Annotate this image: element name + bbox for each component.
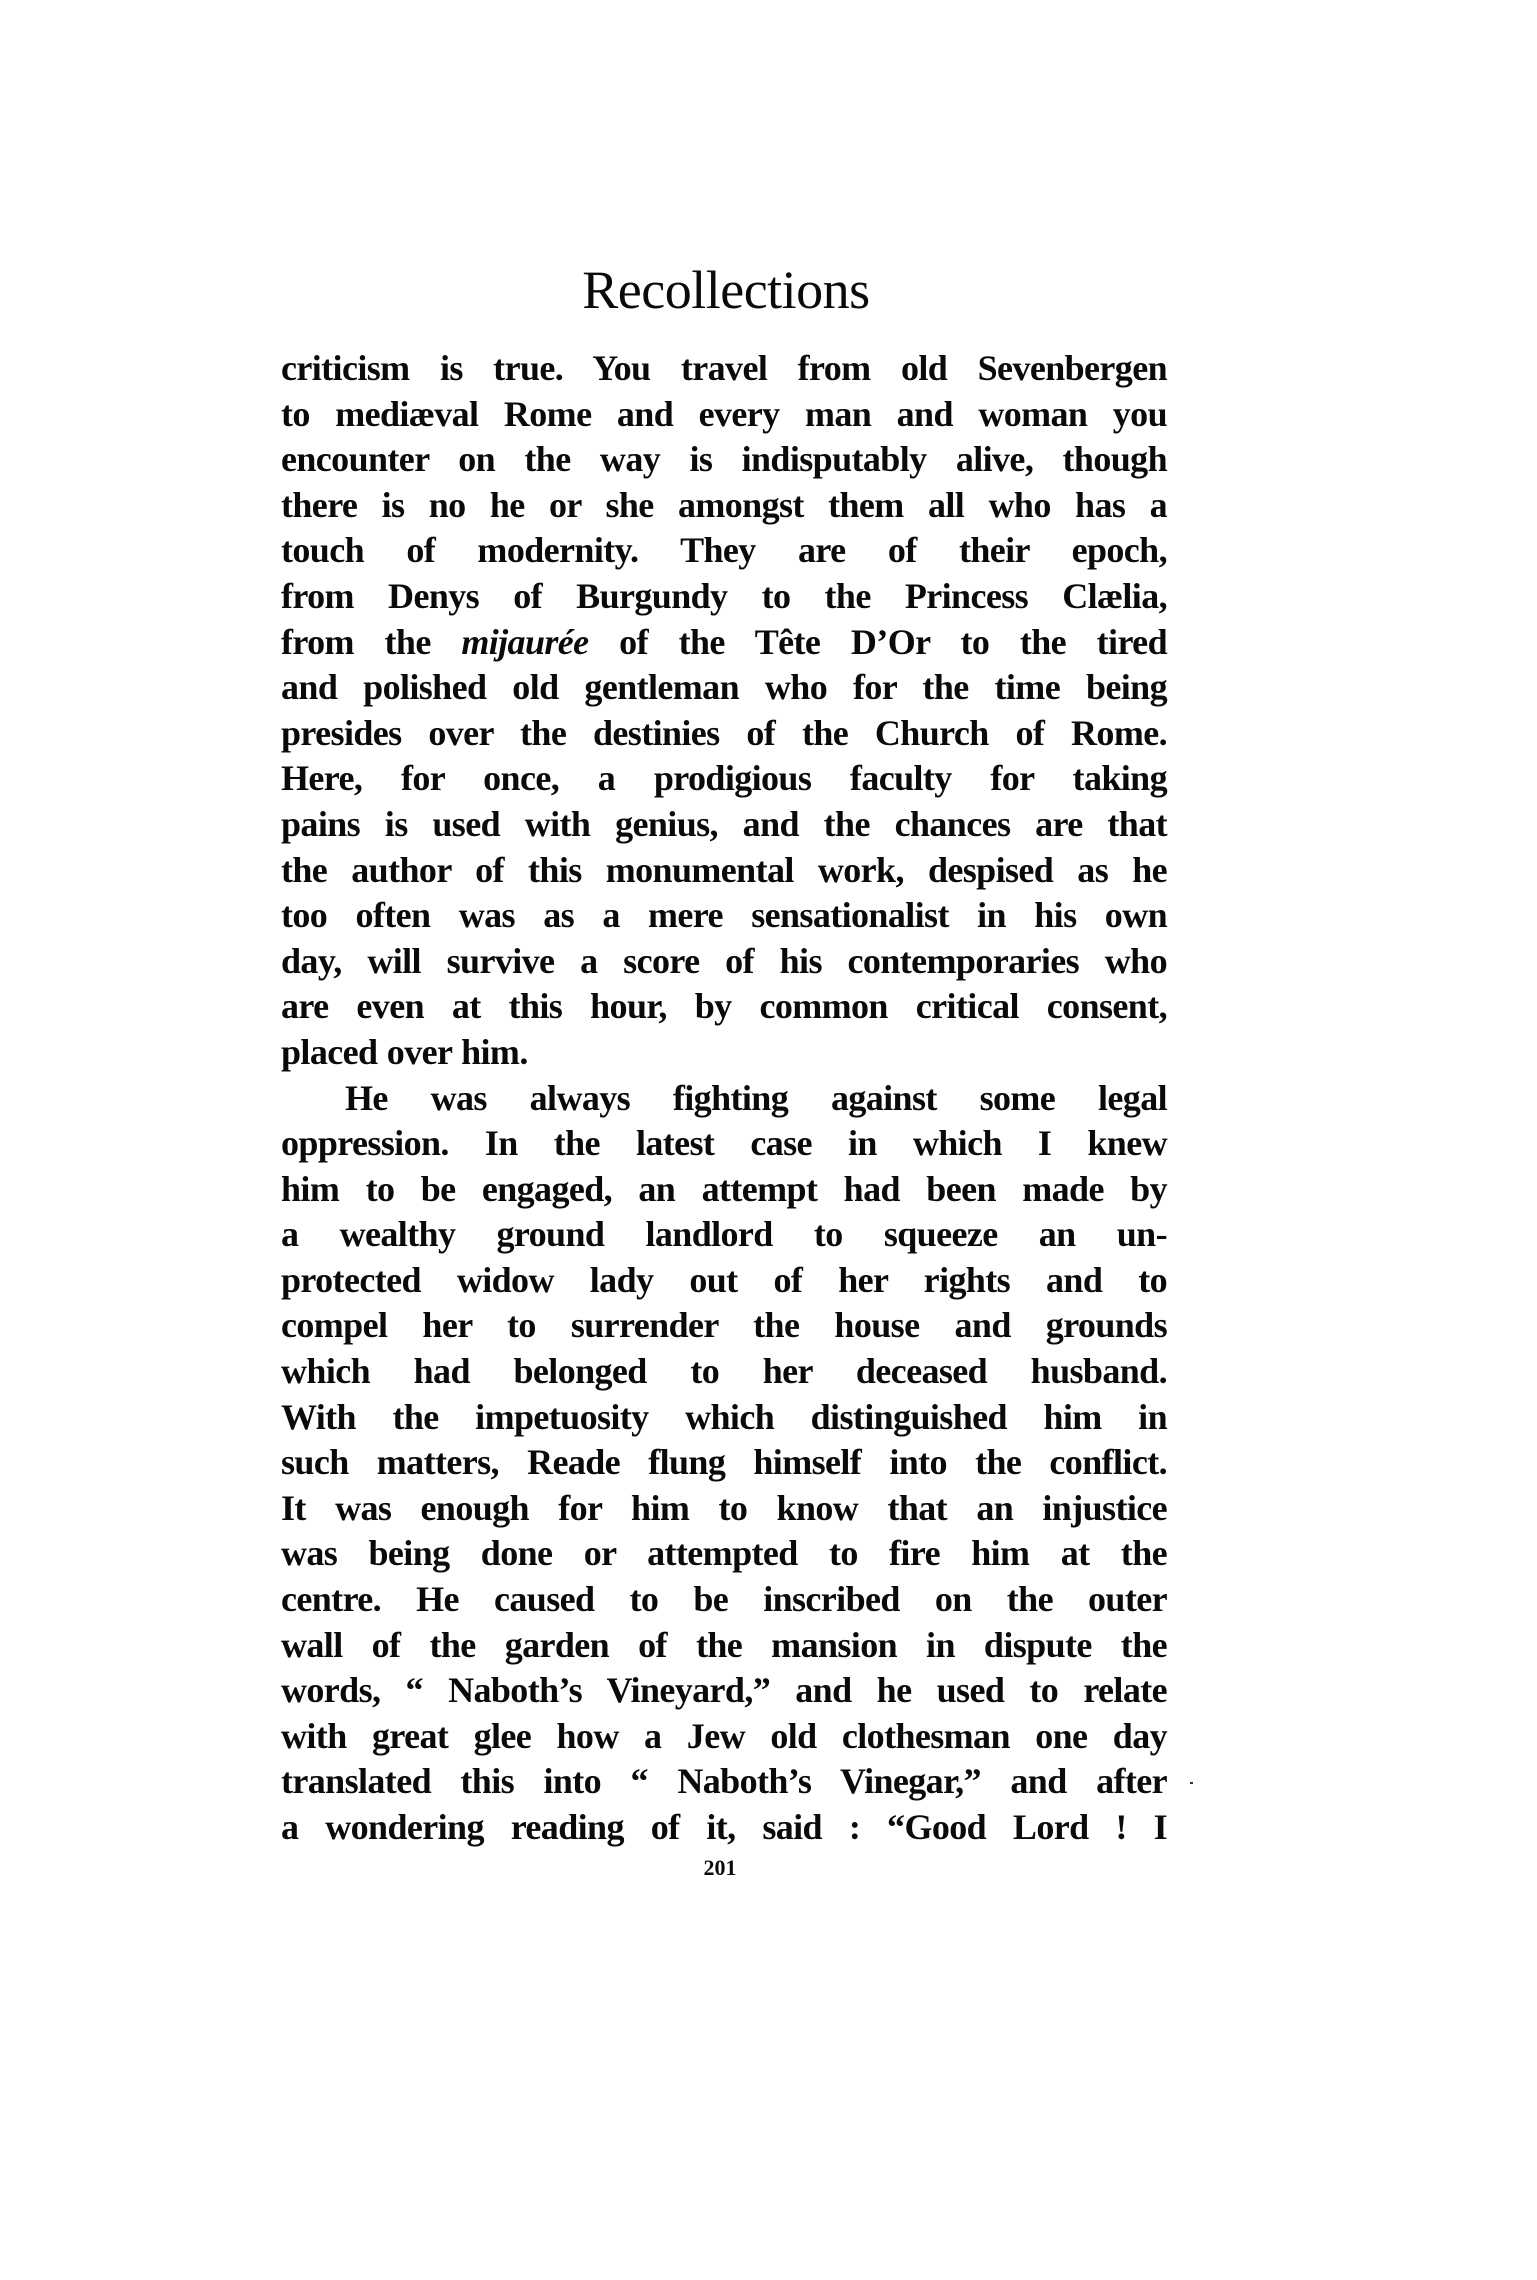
text-line-with-italic: from the mijaurée of the Tête D’Or to th… [281, 620, 1167, 666]
page-number: 201 [0, 1857, 1440, 1879]
text-line: a wondering reading of it, said : “Good … [281, 1805, 1167, 1851]
paragraph-1: criticism is true. You travel from old S… [281, 346, 1167, 1076]
text-line: wall of the garden of the mansion in dis… [281, 1623, 1167, 1669]
book-page: Recollections criticism is true. You tra… [0, 0, 1537, 2280]
text-segment: of the Tête D’Or to the tired [589, 622, 1167, 662]
text-line: the author of this monumental work, desp… [281, 848, 1167, 894]
text-line: are even at this hour, by common critica… [281, 984, 1167, 1030]
text-line: with great glee how a Jew old clothesman… [281, 1714, 1167, 1760]
text-line: encounter on the way is indisputably ali… [281, 437, 1167, 483]
text-line: a wealthy ground landlord to squeeze an … [281, 1212, 1167, 1258]
text-line: translated this into “ Naboth’s Vinegar,… [281, 1759, 1167, 1805]
text-line: to mediæval Rome and every man and woman… [281, 392, 1167, 438]
text-line: compel her to surrender the house and gr… [281, 1303, 1167, 1349]
text-line: With the impetuosity which distinguished… [281, 1395, 1167, 1441]
text-line: and polished old gentleman who for the t… [281, 665, 1167, 711]
running-head: Recollections [0, 263, 1452, 317]
text-line: presides over the destinies of the Churc… [281, 711, 1167, 757]
text-line: Here, for once, a prodigious faculty for… [281, 756, 1167, 802]
text-line: It was enough for him to know that an in… [281, 1486, 1167, 1532]
text-line: day, will survive a score of his contemp… [281, 939, 1167, 985]
text-line: such matters, Reade flung himself into t… [281, 1440, 1167, 1486]
text-line: oppression. In the latest case in which … [281, 1121, 1167, 1167]
italic-term: mijaurée [461, 622, 588, 662]
text-line: was being done or attempted to fire him … [281, 1531, 1167, 1577]
text-line: which had belonged to her deceased husba… [281, 1349, 1167, 1395]
text-line: words, “ Naboth’s Vineyard,” and he used… [281, 1668, 1167, 1714]
text-line: criticism is true. You travel from old S… [281, 346, 1167, 392]
text-line-paragraph-end: placed over him. [281, 1030, 1167, 1076]
text-line: protected widow lady out of her rights a… [281, 1258, 1167, 1304]
scan-speck [1190, 1782, 1193, 1784]
text-line: him to be engaged, an attempt had been m… [281, 1167, 1167, 1213]
text-line: there is no he or she amongst them all w… [281, 483, 1167, 529]
text-line: too often was as a mere sensationalist i… [281, 893, 1167, 939]
text-line: from Denys of Burgundy to the Princess C… [281, 574, 1167, 620]
paragraph-2: He was always fighting against some lega… [281, 1076, 1167, 1851]
text-line: touch of modernity. They are of their ep… [281, 528, 1167, 574]
text-line: pains is used with genius, and the chanc… [281, 802, 1167, 848]
text-line-indented: He was always fighting against some lega… [281, 1076, 1167, 1122]
body-text: criticism is true. You travel from old S… [281, 346, 1167, 1851]
text-line: centre. He caused to be inscribed on the… [281, 1577, 1167, 1623]
text-segment: from the [281, 622, 461, 662]
